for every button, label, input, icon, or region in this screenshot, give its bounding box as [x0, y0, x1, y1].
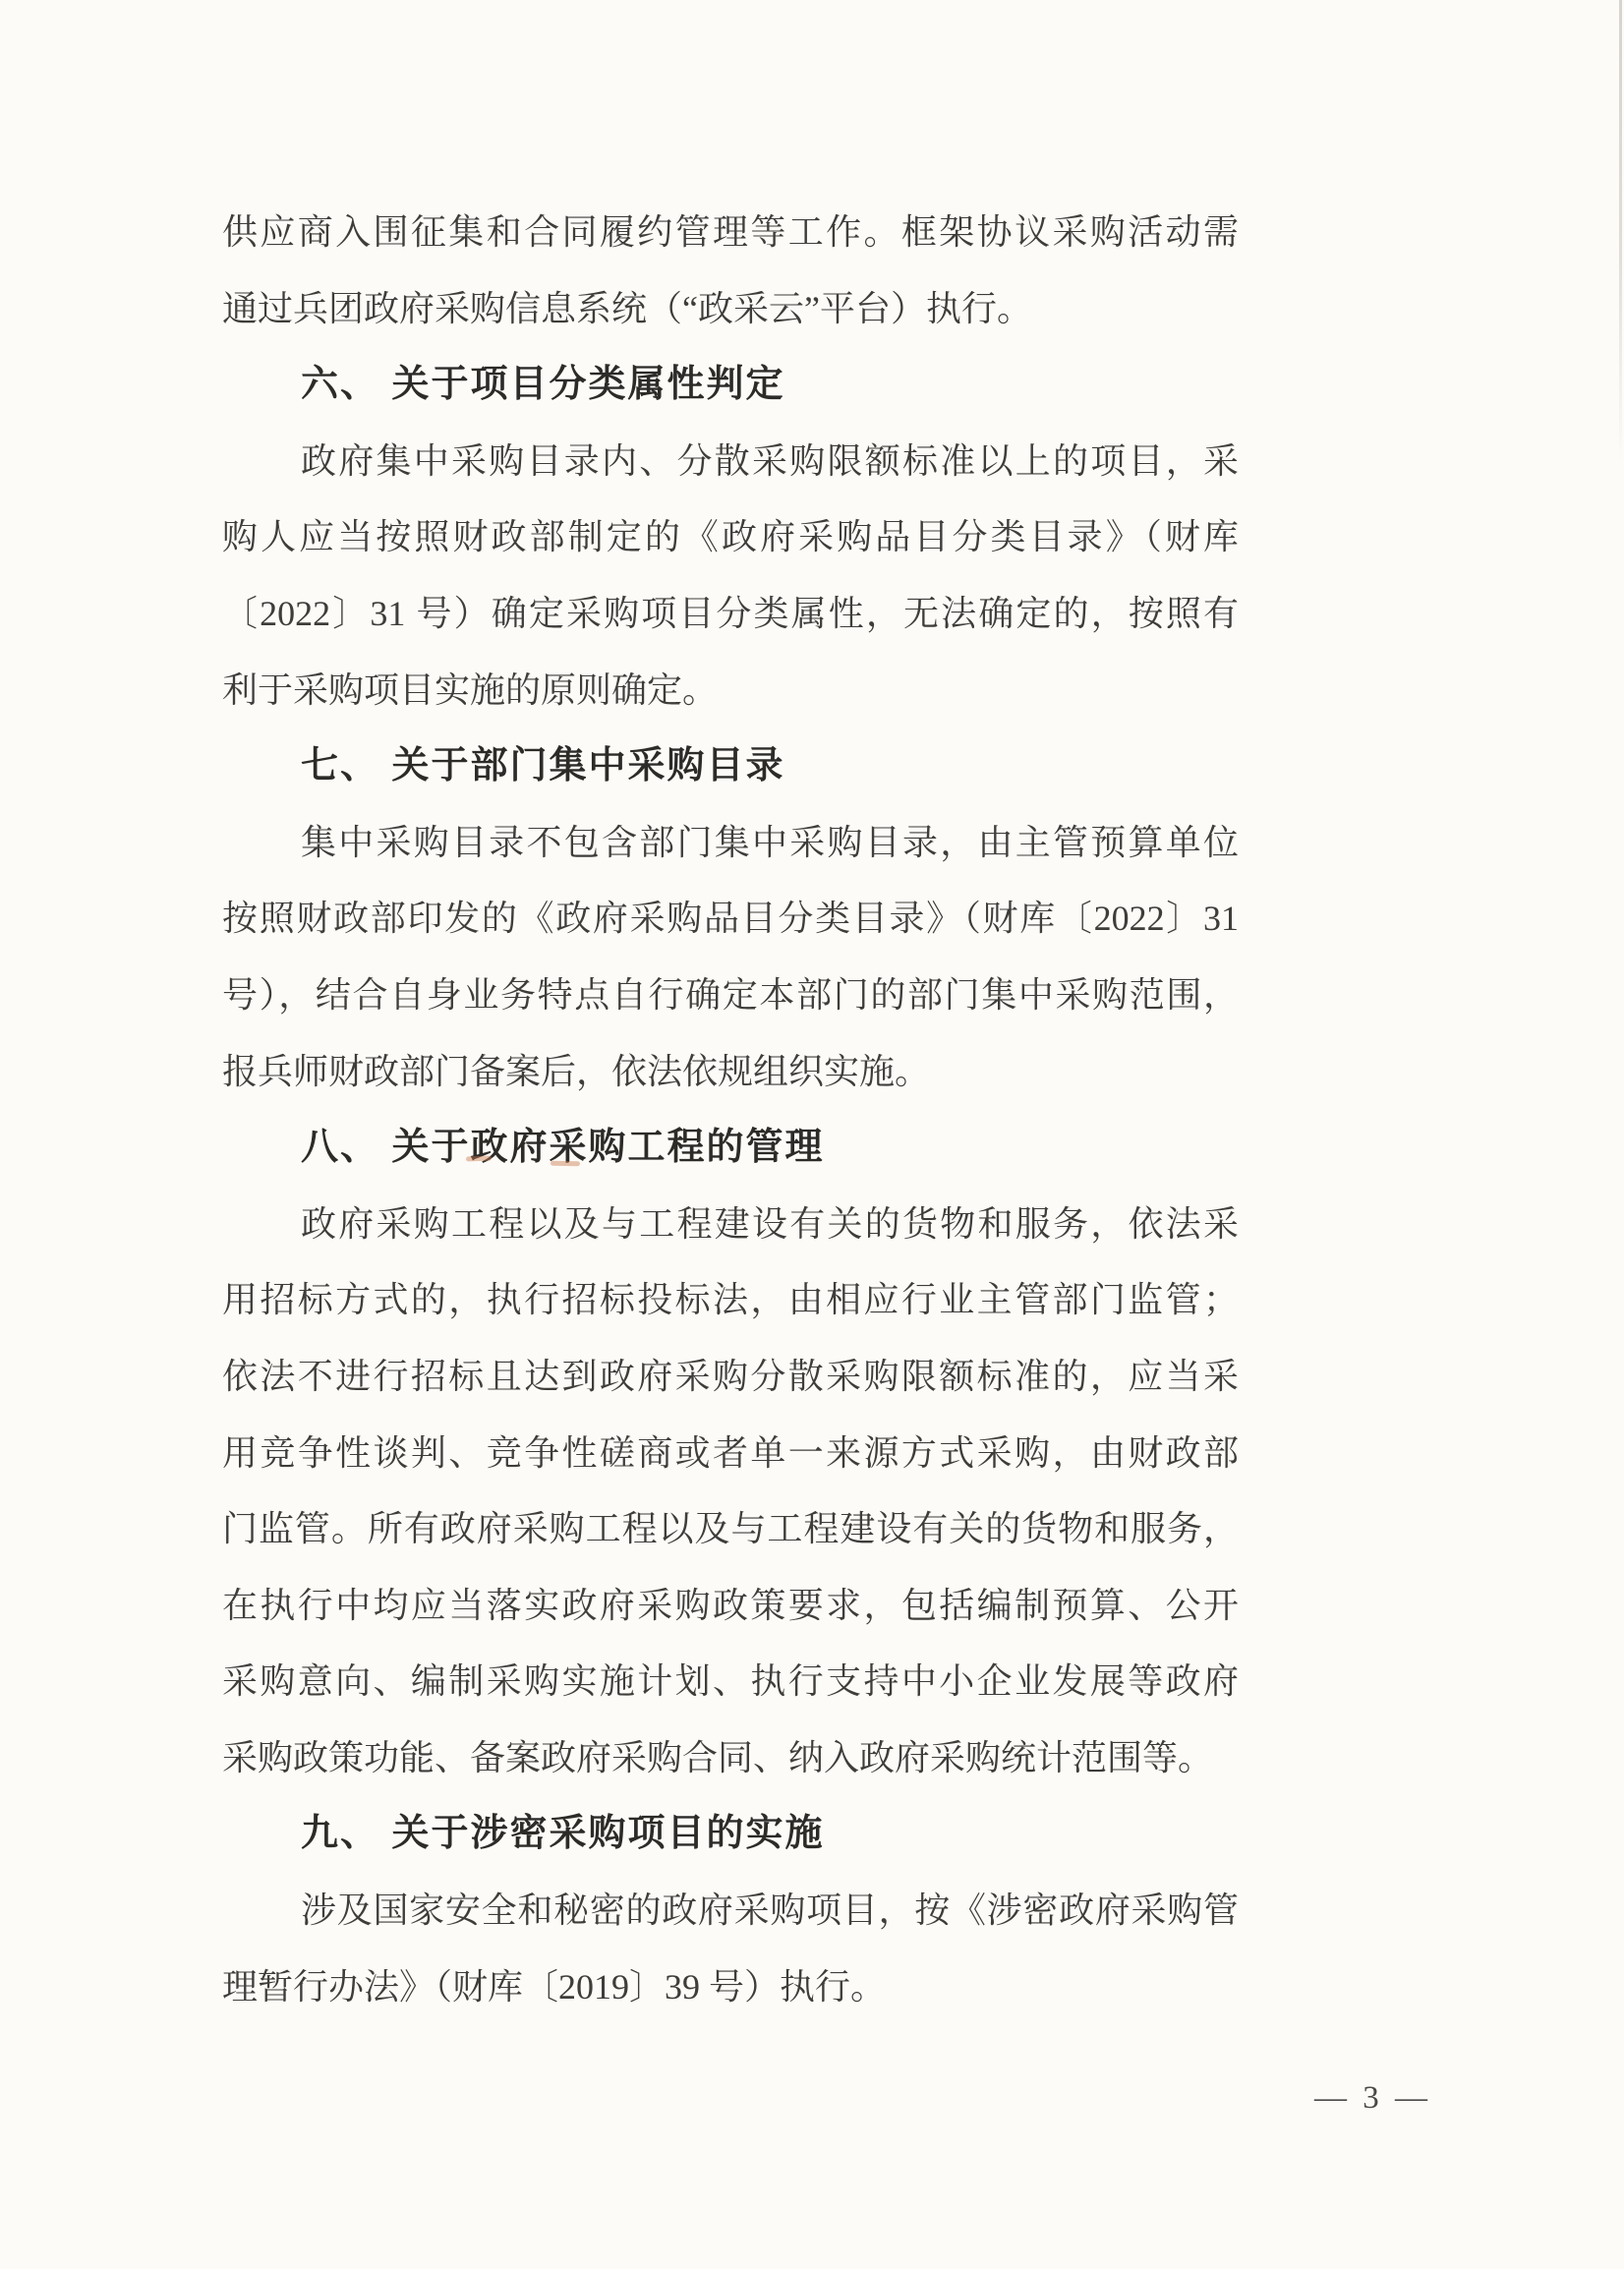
text-line: 采购政策功能、备案政府采购合同、纳入政府采购统计范围等。: [222, 1720, 1239, 1797]
text-line: 用竞争性谈判、竞争性磋商或者单一来源方式采购，由财政部: [222, 1416, 1239, 1492]
section-heading: 八、 关于政府采购工程的管理: [222, 1110, 1239, 1187]
section-heading: 七、 关于部门集中采购目录: [222, 728, 1239, 805]
text-line: 用招标方式的，执行招标投标法，由相应行业主管部门监管；: [222, 1262, 1239, 1339]
text-line: 依法不进行招标且达到政府采购分散采购限额标准的，应当采: [222, 1339, 1239, 1416]
text-line: 在执行中均应当落实政府采购政策要求，包括编制预算、公开: [222, 1568, 1239, 1645]
text-line: 购人应当按照财政部制定的《政府采购品目分类目录》（财库: [222, 499, 1239, 576]
text-line: 门监管。所有政府采购工程以及与工程建设有关的货物和服务，: [222, 1491, 1239, 1568]
text-line: 通过兵团政府采购信息系统（“政采云”平台）执行。: [222, 271, 1239, 348]
text-line: 涉及国家安全和秘密的政府采购项目，按《涉密政府采购管: [222, 1873, 1239, 1949]
scan-edge-shadow: [1619, 0, 1622, 462]
text-line: 理暂行办法》（财库〔2019〕39 号）执行。: [222, 1949, 1239, 2026]
scan-artifact: [551, 1161, 580, 1167]
text-line: 政府采购工程以及与工程建设有关的货物和服务，依法采: [222, 1187, 1239, 1263]
page-number: — 3 —: [1314, 2080, 1431, 2117]
text-line: 政府集中采购目录内、分散采购限额标准以上的项目，采: [222, 424, 1239, 500]
section-heading: 九、 关于涉密采购项目的实施: [222, 1796, 1239, 1873]
text-line: 采购意向、编制采购实施计划、执行支持中小企业发展等政府: [222, 1644, 1239, 1720]
text-line: 〔2022〕31 号）确定采购项目分类属性，无法确定的，按照有: [222, 576, 1239, 653]
document-body: 供应商入围征集和合同履约管理等工作。框架协议采购活动需通过兵团政府采购信息系统（…: [222, 195, 1239, 2025]
text-line: 利于采购项目实施的原则确定。: [222, 653, 1239, 729]
scanned-document-page: { "page": { "background": "#fcfbf8", "te…: [0, 0, 1624, 2269]
text-line: 按照财政部印发的《政府采购品目分类目录》（财库〔2022〕31: [222, 881, 1239, 958]
text-line: 报兵师财政部门备案后，依法依规组织实施。: [222, 1034, 1239, 1111]
document-page: 供应商入围征集和合同履约管理等工作。框架协议采购活动需通过兵团政府采购信息系统（…: [0, 0, 1624, 2269]
scan-artifact: [466, 1156, 492, 1162]
text-line: 供应商入围征集和合同履约管理等工作。框架协议采购活动需: [222, 195, 1239, 271]
text-line: 号），结合自身业务特点自行确定本部门的部门集中采购范围，: [222, 958, 1239, 1034]
text-line: 集中采购目录不包含部门集中采购目录，由主管预算单位: [222, 805, 1239, 882]
section-heading: 六、 关于项目分类属性判定: [222, 347, 1239, 424]
